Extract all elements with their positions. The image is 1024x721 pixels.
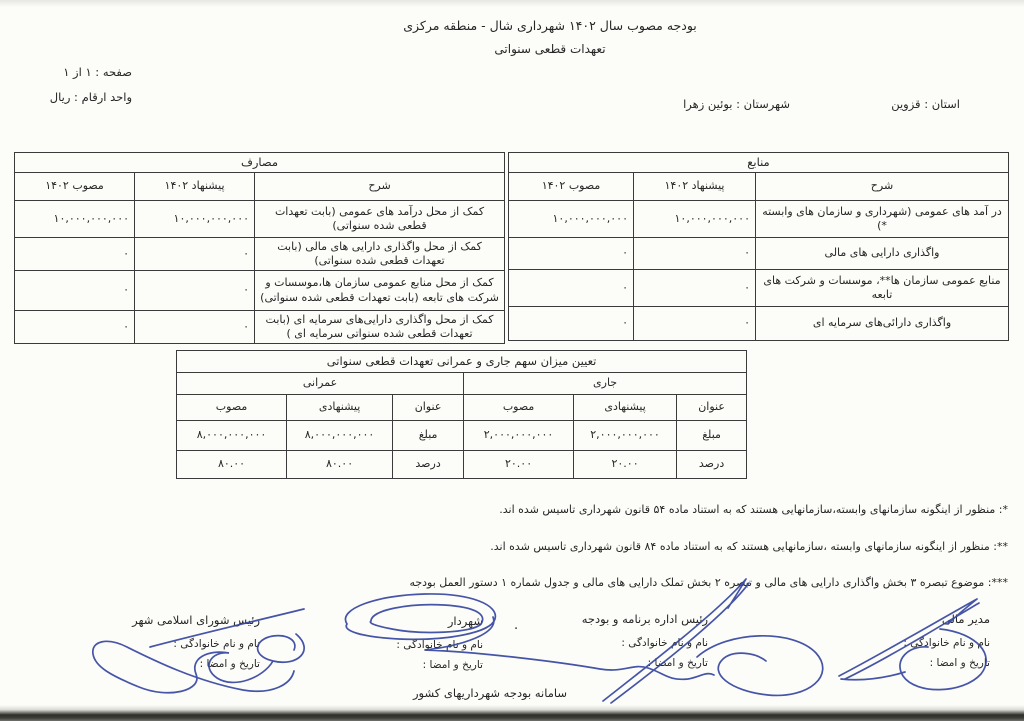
group-construction-header: عمرانی	[177, 373, 464, 395]
unit-label: واحد ارقام : ریال	[30, 85, 132, 110]
resources-table: منابع شرح پیشنهاد ۱۴۰۲ مصوب ۱۴۰۲ در آمد …	[508, 152, 1009, 341]
signature-title: شهردار	[323, 614, 483, 628]
proposed-cell: ۰	[135, 311, 255, 344]
expenses-table-title: مصارف	[15, 153, 505, 173]
signature-title: رئیس اداره برنامه و بودجه	[518, 612, 708, 626]
date-label: تاریخ و امضا :	[323, 659, 483, 671]
date-label: تاریخ و امضا :	[518, 657, 708, 669]
page-info: صفحه : ۱ از ۱ واحد ارقام : ریال	[30, 60, 132, 110]
share-col-title: عنوان	[393, 395, 464, 421]
construction-approved-cell: ۸,۰۰۰,۰۰۰,۰۰۰	[177, 421, 287, 451]
current-proposed-cell: ۲۰.۰۰	[574, 451, 677, 479]
share-col-proposed: پیشنهادی	[574, 395, 677, 421]
construction-proposed-cell: ۸۰.۰۰	[287, 451, 393, 479]
desc-cell: کمک از محل واگذاری دارایی های مالی (بابت…	[255, 238, 505, 271]
current-proposed-cell: ۲,۰۰۰,۰۰۰,۰۰۰	[574, 421, 677, 451]
share-col-title: عنوان	[677, 395, 747, 421]
group-current-header: جاری	[464, 373, 747, 395]
resources-col-approved: مصوب ۱۴۰۲	[509, 173, 634, 201]
resources-table-title: منابع	[509, 153, 1009, 173]
row-label-cell: مبلغ	[677, 421, 747, 451]
name-label: نام و نام خانوادگی :	[323, 639, 483, 651]
current-approved-cell: ۲۰.۰۰	[464, 451, 574, 479]
proposed-cell: ۱۰,۰۰۰,۰۰۰,۰۰۰	[634, 201, 756, 238]
document-title: بودجه مصوب سال ۱۴۰۲ شهرداری شال - منطقه …	[350, 18, 750, 33]
row-label-cell: درصد	[393, 451, 464, 479]
table-row: کمک از محل واگذاری دارایی‌های سرمایه ای …	[15, 311, 505, 344]
county-label: شهرستان : بوئین زهرا	[683, 97, 790, 111]
proposed-cell: ۰	[634, 307, 756, 341]
signature-block-council-head: رئیس شورای اسلامی شهر نام و نام خانوادگی…	[80, 613, 260, 670]
desc-cell: واگذاری دارائی‌های سرمایه ای	[756, 307, 1009, 341]
date-label: تاریخ و امضا :	[80, 658, 260, 670]
approved-cell: ۰	[15, 238, 135, 271]
footnote-3: ***: موضوع تبصره ۳ بخش واگذاری دارایی ها…	[409, 576, 1008, 589]
desc-cell: کمک از محل منابع عمومی سازمان ها،موسسات …	[255, 271, 505, 311]
desc-cell: کمک از محل درآمد های عمومی (بابت تعهدات …	[255, 201, 505, 238]
name-label: نام و نام خانوادگی :	[820, 637, 990, 649]
table-row: کمک از محل منابع عمومی سازمان ها،موسسات …	[15, 271, 505, 311]
share-table-title: تعیین میزان سهم جاری و عمرانی تعهدات قطع…	[177, 351, 747, 373]
approved-cell: ۱۰,۰۰۰,۰۰۰,۰۰۰	[509, 201, 634, 238]
document-header: بودجه مصوب سال ۱۴۰۲ شهرداری شال - منطقه …	[350, 18, 750, 56]
proposed-cell: ۰	[634, 238, 756, 270]
table-row: در آمد های عمومی (شهرداری و سازمان های و…	[509, 201, 1009, 238]
desc-cell: واگذاری دارایی های مالی	[756, 238, 1009, 270]
expenses-col-approved: مصوب ۱۴۰۲	[15, 173, 135, 201]
name-label: نام و نام خانوادگی :	[518, 637, 708, 649]
proposed-cell: ۰	[135, 271, 255, 311]
desc-cell: منابع عمومی سازمان ها**، موسسات و شرکت ه…	[756, 270, 1009, 307]
table-row: درصد ۲۰.۰۰ ۲۰.۰۰ درصد ۸۰.۰۰ ۸۰.۰۰	[177, 451, 747, 479]
scan-edge-shadow	[0, 705, 1024, 721]
expenses-table: مصارف شرح پیشنهاد ۱۴۰۲ مصوب ۱۴۰۲ کمک از …	[14, 152, 505, 344]
approved-cell: ۱۰,۰۰۰,۰۰۰,۰۰۰	[15, 201, 135, 238]
proposed-cell: ۰	[634, 270, 756, 307]
proposed-cell: ۰	[135, 238, 255, 271]
signature-title: مدیر مالی	[820, 612, 990, 626]
approved-cell: ۰	[15, 271, 135, 311]
row-label-cell: درصد	[677, 451, 747, 479]
share-col-approved: مصوب	[177, 395, 287, 421]
share-table: تعیین میزان سهم جاری و عمرانی تعهدات قطع…	[176, 350, 747, 479]
approved-cell: ۰	[15, 311, 135, 344]
resources-col-proposed: پیشنهاد ۱۴۰۲	[634, 173, 756, 201]
footnote-2: **: منظور از اینگونه سازمانهای وابسته ،س…	[490, 540, 1008, 553]
scan-top-edge	[0, 0, 1024, 7]
approved-cell: ۰	[509, 238, 634, 270]
scanned-budget-document: بودجه مصوب سال ۱۴۰۲ شهرداری شال - منطقه …	[0, 0, 1024, 721]
row-label-cell: مبلغ	[393, 421, 464, 451]
table-row: واگذاری دارائی‌های سرمایه ای ۰ ۰	[509, 307, 1009, 341]
approved-cell: ۰	[509, 270, 634, 307]
name-label: نام و نام خانوادگی :	[80, 638, 260, 650]
page-number-label: صفحه : ۱ از ۱	[30, 60, 132, 85]
construction-approved-cell: ۸۰.۰۰	[177, 451, 287, 479]
table-row: منابع عمومی سازمان ها**، موسسات و شرکت ه…	[509, 270, 1009, 307]
document-subtitle: تعهدات قطعی سنواتی	[350, 42, 750, 56]
proposed-cell: ۱۰,۰۰۰,۰۰۰,۰۰۰	[135, 201, 255, 238]
signature-title: رئیس شورای اسلامی شهر	[80, 613, 260, 627]
signature-block-budget-office-head: رئیس اداره برنامه و بودجه نام و نام خانو…	[518, 612, 708, 669]
date-label: تاریخ و امضا :	[820, 657, 990, 669]
desc-cell: در آمد های عمومی (شهرداری و سازمان های و…	[756, 201, 1009, 238]
current-approved-cell: ۲,۰۰۰,۰۰۰,۰۰۰	[464, 421, 574, 451]
separator-dot: .	[514, 618, 518, 633]
footer-system-label: سامانه بودجه شهرداریهای کشور	[390, 686, 590, 700]
table-row: کمک از محل واگذاری دارایی های مالی (بابت…	[15, 238, 505, 271]
table-row: واگذاری دارایی های مالی ۰ ۰	[509, 238, 1009, 270]
resources-col-desc: شرح	[756, 173, 1009, 201]
signature-block-financial-manager: مدیر مالی نام و نام خانوادگی : تاریخ و ا…	[820, 612, 990, 669]
share-col-approved: مصوب	[464, 395, 574, 421]
footnote-1: *: منظور از اینگونه سازمانهای وابسته،ساز…	[499, 503, 1008, 516]
signature-block-mayor: شهردار نام و نام خانوادگی : تاریخ و امضا…	[323, 614, 483, 671]
construction-proposed-cell: ۸,۰۰۰,۰۰۰,۰۰۰	[287, 421, 393, 451]
share-col-proposed: پیشنهادی	[287, 395, 393, 421]
expenses-col-proposed: پیشنهاد ۱۴۰۲	[135, 173, 255, 201]
approved-cell: ۰	[509, 307, 634, 341]
table-row: کمک از محل درآمد های عمومی (بابت تعهدات …	[15, 201, 505, 238]
desc-cell: کمک از محل واگذاری دارایی‌های سرمایه ای …	[255, 311, 505, 344]
expenses-col-desc: شرح	[255, 173, 505, 201]
province-label: استان : قزوین	[891, 97, 960, 111]
table-row: مبلغ ۲,۰۰۰,۰۰۰,۰۰۰ ۲,۰۰۰,۰۰۰,۰۰۰ مبلغ ۸,…	[177, 421, 747, 451]
